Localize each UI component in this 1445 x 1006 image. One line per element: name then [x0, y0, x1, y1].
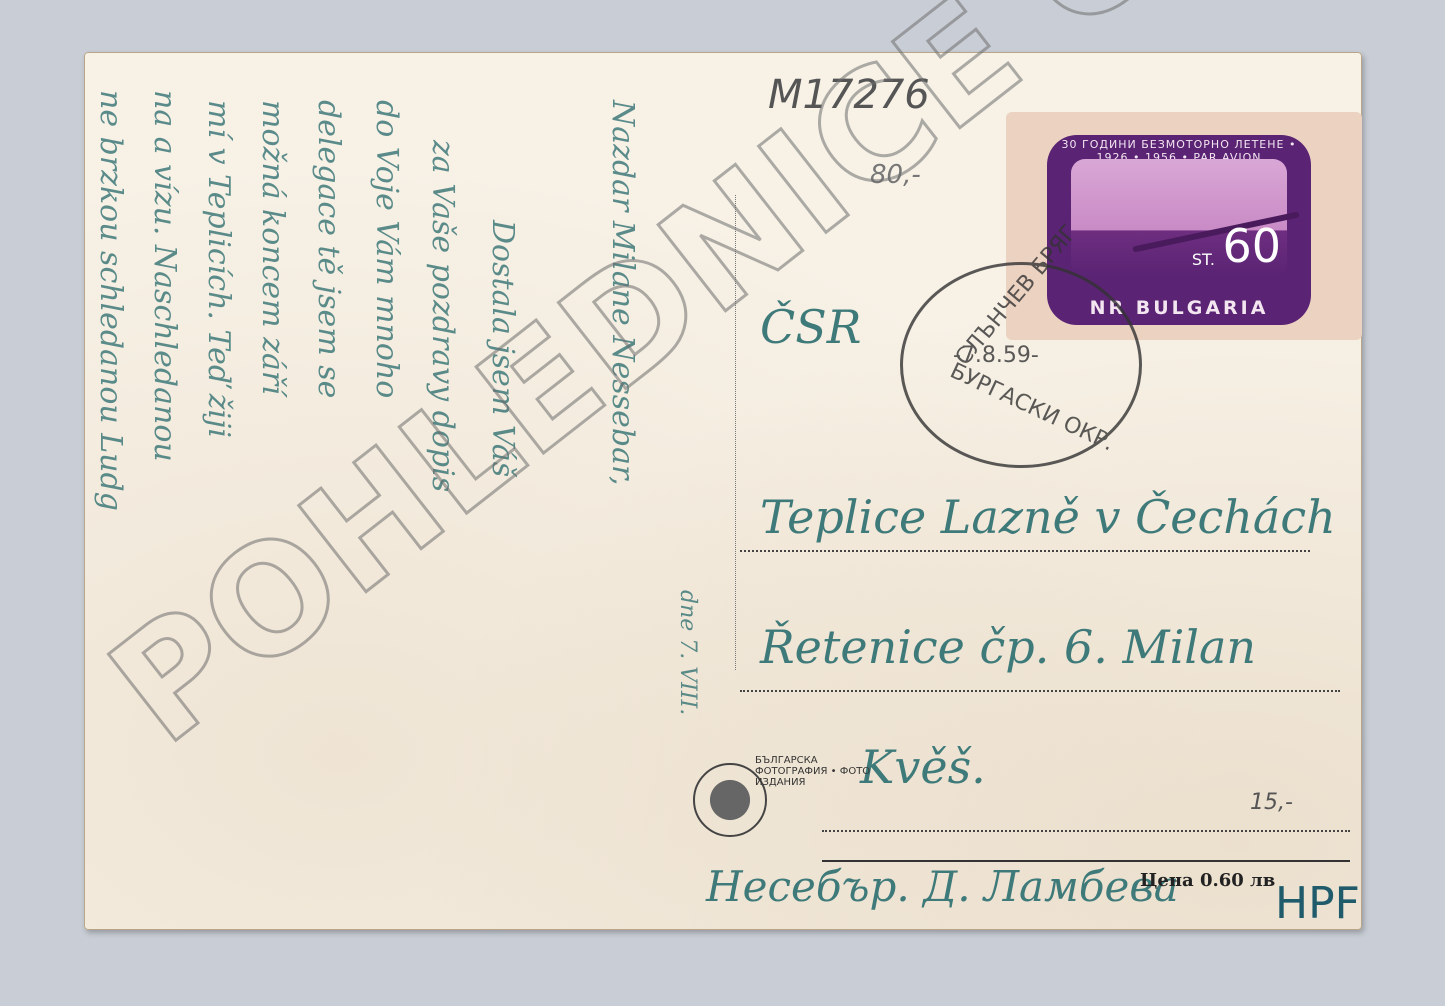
address-line: Řetenice čp. 6. Milan — [760, 620, 1256, 674]
pencil-note: 15,- — [1250, 790, 1293, 815]
message-line: do Voje Vám mnoho — [369, 100, 404, 398]
message-line: mí v Teplicích. Teď žiji — [201, 100, 236, 438]
address-rule — [822, 830, 1350, 832]
message-line: možná koncem září — [255, 100, 290, 395]
message-date: dne 7. VIII. — [675, 590, 700, 715]
address-line: Kvěš. — [860, 740, 986, 794]
sender-address: Несебър. Д. Ламбева — [706, 862, 1179, 911]
message-line: delegace tě jsem se — [311, 100, 346, 398]
message-line: na a vízu. Naschledanou — [147, 90, 182, 462]
stamp-value: 60 — [1222, 219, 1281, 273]
publisher-text: БЪЛГАРСКА ФОТОГРАФИЯ • ФОТО ИЗДАНИЯ — [755, 755, 875, 788]
message-line: ne brzkou schledanou Ludg — [93, 90, 128, 511]
corner-code: HPF — [1275, 878, 1360, 929]
address-rule — [740, 550, 1310, 552]
postmark-district: БУРГАСКИ ОКР. — [946, 359, 1118, 457]
postmark: СЛЪНЧЕВ БРЯГ -7.8.59- БУРГАСКИ ОКР. — [900, 262, 1142, 468]
publisher-logo: БЪЛГАРСКА ФОТОГРАФИЯ • ФОТО ИЗДАНИЯ — [693, 763, 767, 837]
stamp-currency: ST. — [1192, 250, 1215, 269]
address-line: Teplice Lazně v Čechách — [760, 490, 1336, 544]
printed-price: Цена 0.60 лв — [1140, 870, 1275, 891]
address-rule — [740, 690, 1340, 692]
